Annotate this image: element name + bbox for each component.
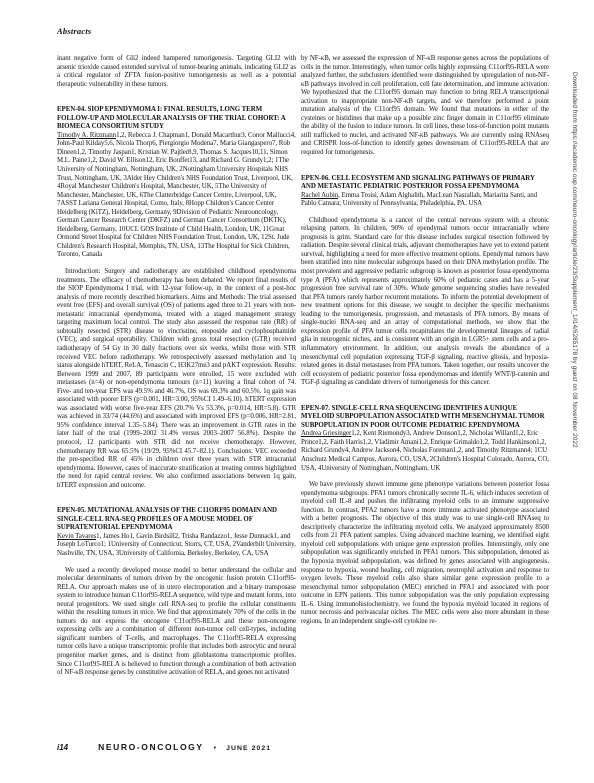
abstract-epen07-body: We have previously shown immune gene phe… — [301, 481, 549, 626]
abstract-epen04-coauthors-affiliations: 1,2, Rebecca J. Chapman1, Donald Macarth… — [57, 132, 296, 259]
abstract-epen04-body: Introduction: Surgery and radiotherapy a… — [57, 268, 296, 490]
journal-name: NEURO-ONCOLOGY — [98, 742, 204, 752]
abstract-epen05-body-part1: We used a recently developed mouse model… — [57, 567, 296, 678]
abstract-epen05-first-author: Kevin Tavares — [57, 533, 96, 540]
abstract-epen06-authors: Rachel Aubin, Emma Troisi, Adam Alghalit… — [301, 192, 549, 209]
abstract-epen03-continuation: inant negative form of Gli2 indeed hampe… — [57, 55, 296, 89]
abstract-epen06-title: EPEN-06. CELL ECOSYSTEM AND SIGNALING PA… — [301, 175, 549, 192]
abstract-epen06-first-author: Rachel Aubin — [301, 192, 338, 199]
abstract-epen05-title: EPEN-05. MUTATIONAL ANALYSIS OF THE C11O… — [57, 507, 296, 533]
right-column: by NF-κB, we assessed the expression of … — [301, 55, 549, 626]
abstract-epen06-body: Childhood ependymoma is a cancer of the … — [301, 217, 549, 388]
running-head: Abstracts — [57, 26, 91, 36]
abstract-epen05-authors: Kevin Tavares1, James Ho1, Gavin Birdsil… — [57, 533, 296, 559]
journal-abstracts-page: Abstracts inant negative form of Gli2 in… — [0, 0, 594, 783]
download-attribution-text: Downloaded from https://academic.oup.com… — [571, 72, 578, 732]
page-footer: i14 NEURO-ONCOLOGY • JUNE 2021 — [57, 742, 549, 752]
abstract-epen07-authors: Andrea Griesinger1,2, Kent Riemondy3, An… — [301, 430, 549, 473]
page-number: i14 — [57, 743, 68, 752]
footer-bullet: • — [214, 745, 216, 752]
abstract-epen07-first-author: Andrea Griesinger — [301, 430, 351, 437]
abstract-epen04-title: EPEN-04. SIOP EPENDYMOMA I: FINAL RESULT… — [57, 106, 296, 132]
left-column: inant negative form of Gli2 indeed hampe… — [57, 55, 296, 678]
abstract-epen04-authors: Timothy A. Ritzmann1,2, Rebecca J. Chapm… — [57, 132, 296, 260]
abstract-epen07-title: EPEN-07. SINGLE-CELL RNA SEQUENCING IDEN… — [301, 405, 549, 431]
abstract-epen05-body-part2: by NF-κB, we assessed the expression of … — [301, 55, 549, 158]
issue-date: JUNE 2021 — [226, 745, 271, 752]
abstract-epen04-first-author: Timothy A. Ritzmann — [57, 132, 116, 139]
